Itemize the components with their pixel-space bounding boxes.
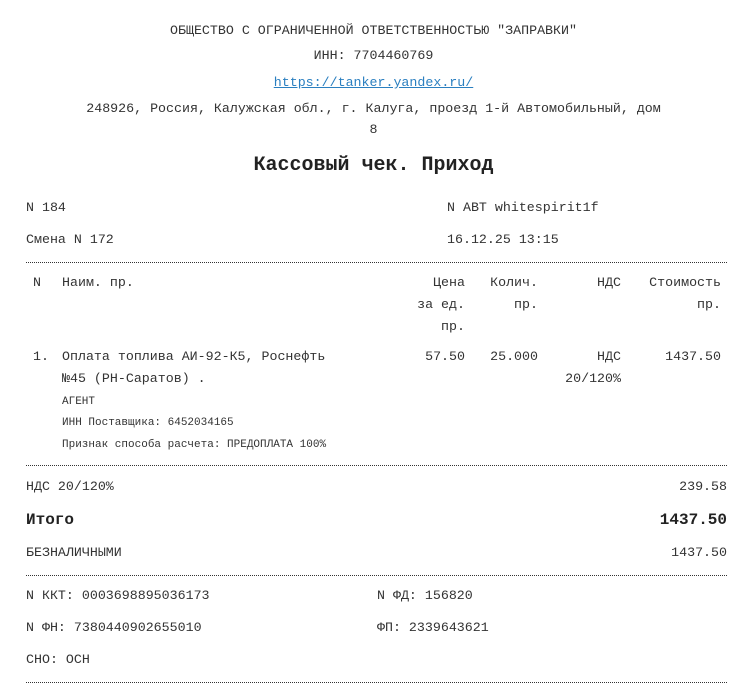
total-label: Итого bbox=[26, 512, 74, 528]
divider bbox=[26, 575, 727, 576]
fiscal-sign: ФП: 2339643621 bbox=[377, 620, 489, 636]
col-header-n: N bbox=[33, 275, 41, 291]
item-price: 57.50 bbox=[425, 349, 465, 365]
col-header-cost-2: пр. bbox=[697, 297, 721, 313]
item-qty: 25.000 bbox=[490, 349, 538, 365]
company-address-cont: 8 bbox=[0, 122, 747, 138]
col-header-vat: НДС bbox=[597, 275, 621, 291]
tax-system: СНО: ОСН bbox=[26, 652, 90, 668]
item-name-cont: №45 (РН-Саратов) . bbox=[62, 371, 206, 387]
row-number: 1. bbox=[33, 349, 49, 365]
receipt-title: Кассовый чек. Приход bbox=[0, 154, 747, 177]
divider bbox=[26, 262, 727, 263]
company-name: ОБЩЕСТВО С ОГРАНИЧЕННОЙ ОТВЕТСТВЕННОСТЬЮ… bbox=[0, 23, 747, 39]
auto-number: N АВТ whitespirit1f bbox=[447, 200, 599, 216]
company-url-link[interactable]: https://tanker.yandex.ru/ bbox=[274, 75, 474, 90]
divider bbox=[26, 465, 727, 466]
total-value: 1437.50 bbox=[660, 512, 727, 528]
item-vat: НДС bbox=[597, 349, 621, 365]
col-header-price-3: пр. bbox=[441, 319, 465, 335]
item-vat-rate: 20/120% bbox=[565, 371, 621, 387]
item-cost: 1437.50 bbox=[665, 349, 721, 365]
company-address: 248926, Россия, Калужская обл., г. Калуг… bbox=[0, 101, 747, 117]
kkt-number: N ККТ: 0003698895036173 bbox=[26, 588, 210, 604]
item-name: Оплата топлива АИ-92-К5, Роснефть bbox=[62, 349, 325, 365]
cashless-label: БЕЗНАЛИЧНЫМИ bbox=[26, 545, 122, 561]
item-supplier-inn: ИНН Поставщика: 6452034165 bbox=[62, 415, 234, 431]
receipt: ОБЩЕСТВО С ОГРАНИЧЕННОЙ ОТВЕТСТВЕННОСТЬЮ… bbox=[0, 0, 747, 691]
col-header-qty-2: пр. bbox=[514, 297, 538, 313]
col-header-cost-1: Стоимость bbox=[649, 275, 721, 291]
fd-number: N ФД: 156820 bbox=[377, 588, 473, 604]
shift-number: Смена N 172 bbox=[26, 232, 114, 248]
company-inn: ИНН: 7704460769 bbox=[0, 48, 747, 64]
fn-number: N ФН: 7380440902655010 bbox=[26, 620, 202, 636]
col-header-price-2: за ед. bbox=[417, 297, 465, 313]
col-header-name: Наим. пр. bbox=[62, 275, 134, 291]
col-header-price-1: Цена bbox=[433, 275, 465, 291]
vat-total-label: НДС 20/120% bbox=[26, 479, 114, 495]
receipt-number: N 184 bbox=[26, 200, 66, 216]
divider bbox=[26, 682, 727, 683]
receipt-datetime: 16.12.25 13:15 bbox=[447, 232, 559, 248]
vat-total-value: 239.58 bbox=[679, 479, 727, 495]
item-payment-method: Признак способа расчета: ПРЕДОПЛАТА 100% bbox=[62, 437, 326, 453]
col-header-qty-1: Колич. bbox=[490, 275, 538, 291]
item-agent: АГЕНТ bbox=[62, 394, 95, 410]
cashless-value: 1437.50 bbox=[671, 545, 727, 561]
